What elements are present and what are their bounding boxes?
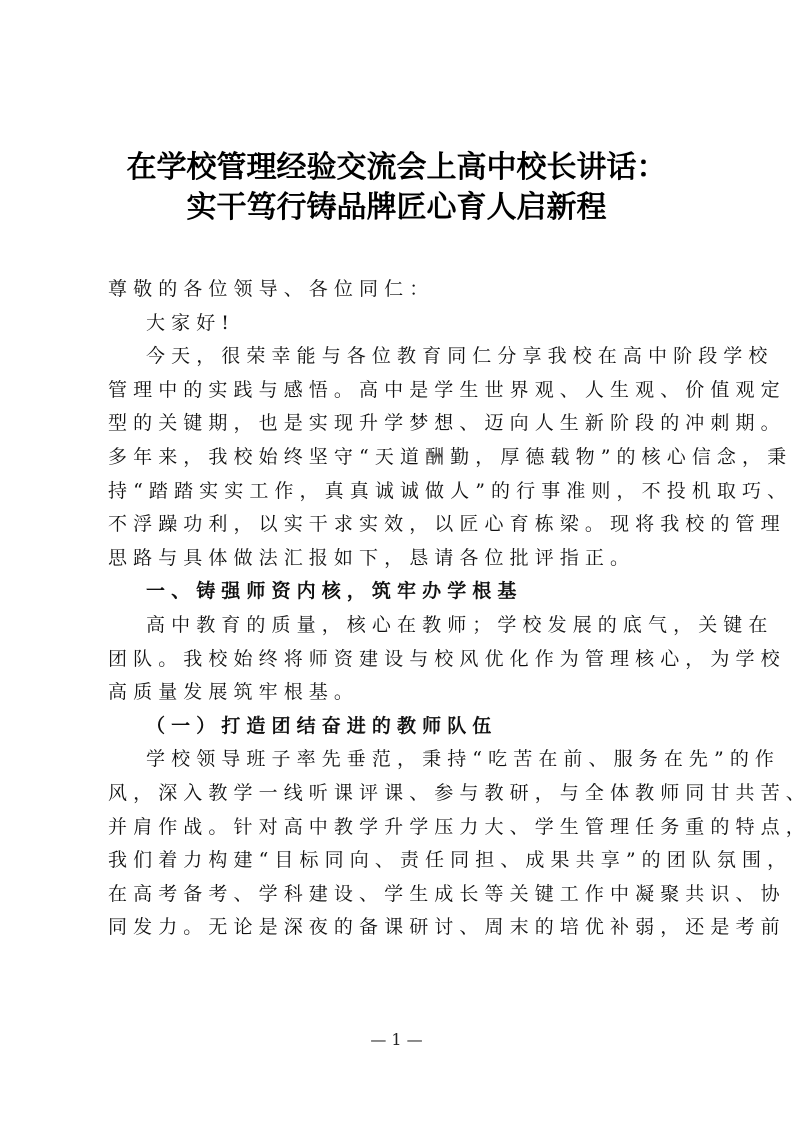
salutation: 尊敬的各位领导、各位同仁：: [108, 273, 688, 307]
paragraph-line: 型的关键期，也是实现升学梦想、迈向人生新阶段的冲刺期。: [108, 407, 688, 441]
paragraph-line: 高中教育的质量，核心在教师；学校发展的底气，关键在: [108, 609, 688, 643]
section-heading: 一、铸强师资内核，筑牢办学根基: [108, 575, 688, 609]
paragraph-line: 团队。我校始终将师资建设与校风优化作为管理核心，为学校: [108, 643, 688, 677]
paragraph-line: 今天，很荣幸能与各位教育同仁分享我校在高中阶段学校: [108, 340, 688, 374]
paragraph-line: 多年来，我校始终坚守“天道酬勤，厚德载物”的核心信念，秉: [108, 441, 688, 475]
paragraph-line: 我们着力构建“目标同向、责任同担、成果共享”的团队氛围，: [108, 844, 688, 878]
paragraph-line: 管理中的实践与感悟。高中是学生世界观、人生观、价值观定: [108, 374, 688, 408]
page-number: — 1 —: [0, 1030, 793, 1049]
document-page: 在学校管理经验交流会上高中校长讲话： 实干笃行铸品牌匠心育人启新程 尊敬的各位领…: [0, 0, 793, 1122]
paragraph-line: 高质量发展筑牢根基。: [108, 676, 688, 710]
title-line-1: 在学校管理经验交流会上高中校长讲话：: [0, 148, 793, 188]
paragraph-line: 学校领导班子率先垂范，秉持“吃苦在前、服务在先”的作: [108, 743, 688, 777]
paragraph-line: 不浮躁功利，以实干求实效，以匠心育栋梁。现将我校的管理: [108, 508, 688, 542]
paragraph-line: 大家好!: [108, 307, 688, 341]
title-line-2: 实干笃行铸品牌匠心育人启新程: [0, 188, 793, 228]
paragraph-line: 在高考备考、学科建设、学生成长等关键工作中凝聚共识、协: [108, 878, 688, 912]
paragraph-line: 持“踏踏实实工作，真真诚诚做人”的行事准则，不投机取巧、: [108, 475, 688, 509]
paragraph-line: 思路与具体做法汇报如下，恳请各位批评指正。: [108, 542, 688, 576]
paragraph-line: 并肩作战。针对高中教学升学压力大、学生管理任务重的特点，: [108, 811, 688, 845]
paragraph-line: 风，深入教学一线听课评课、参与教研，与全体教师同甘共苦、: [108, 777, 688, 811]
document-body: 尊敬的各位领导、各位同仁：大家好!今天，很荣幸能与各位教育同仁分享我校在高中阶段…: [108, 273, 688, 945]
section-heading: （一）打造团结奋进的教师队伍: [108, 710, 688, 744]
paragraph-line: 同发力。无论是深夜的备课研讨、周末的培优补弱，还是考前: [108, 911, 688, 945]
